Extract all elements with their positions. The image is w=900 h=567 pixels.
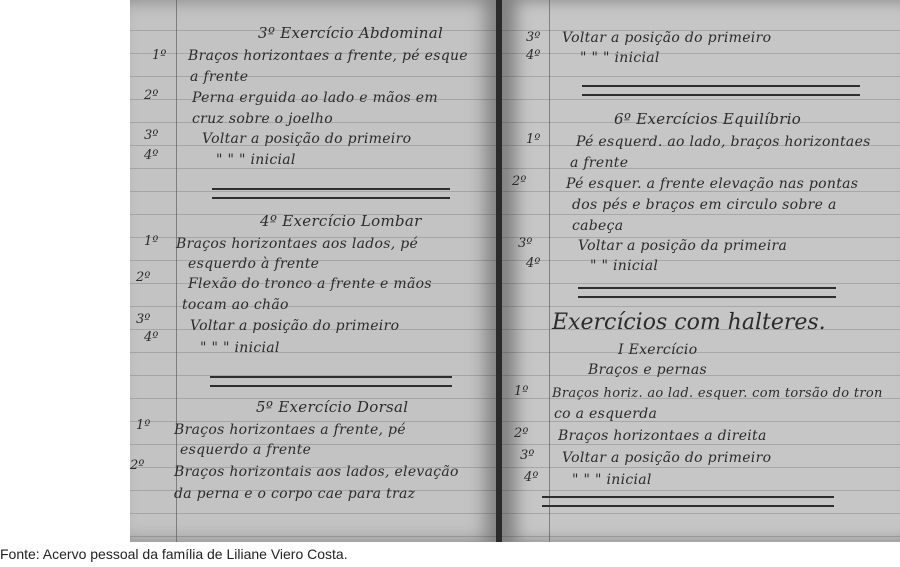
step-text: Voltar a posição do primeiro [562,450,771,466]
step-number: 3º [144,128,158,143]
step-text: Braços horizontaes a frente, pé esque [188,48,468,64]
step-number: 1º [514,384,528,399]
step-text: Braços horizontaes aos lados, pé [176,236,418,252]
figure-caption: Fonte: Acervo pessoal da família de Lili… [0,546,348,562]
step-text: Voltar a posição da primeira [578,238,787,254]
step-text: Braços horizontaes a frente, pé [174,422,406,438]
step-number: 4º [524,470,538,485]
step-text: da perna e o corpo cae para traz [174,486,415,502]
section-divider [210,376,452,387]
margin-line [176,0,177,542]
step-text: co a esquerda [554,406,657,422]
step-text: Pé esquerd. ao lado, braços horizontaes [576,134,871,150]
step-number: 4º [526,256,540,271]
step-text: Flexão do tronco a frente e mãos [188,276,432,292]
step-text: " " " inicial [200,340,280,356]
exercise-6-title: 6º Exercícios Equilíbrio [614,110,801,128]
left-page: 3º Exercício Abdominal 1º Braços horizon… [130,0,498,542]
step-text: Pé esquer. a frente elevação nas pontas [566,176,858,192]
step-text: Voltar a posição do primeiro [562,30,771,46]
step-text: Perna erguida ao lado e mãos em [192,90,438,106]
exercise-5-title: 5º Exercício Dorsal [256,398,408,416]
exercise-3-title: 3º Exercício Abdominal [258,24,443,42]
section-divider [542,496,834,507]
step-number: 2º [136,270,150,285]
step-text: dos pés e braços em circulo sobre a [572,197,837,213]
step-text: cabeça [572,218,623,234]
step-number: 4º [144,148,158,163]
step-text: esquerdo a frente [180,442,311,458]
step-text: esquerdo à frente [188,256,319,272]
step-text: Voltar a posição do primeiro [202,131,411,147]
step-text: Voltar a posição do primeiro [190,318,399,334]
step-text: a frente [570,155,628,171]
step-number: 1º [136,418,150,433]
halteres-subtitle: I Exercício [618,342,697,358]
step-number: 1º [144,234,158,249]
step-number: 1º [152,48,166,63]
step-text: " " " inicial [572,472,652,488]
step-number: 3º [526,30,540,45]
step-text: " " " inicial [580,50,660,66]
notebook-photo: 3º Exercício Abdominal 1º Braços horizon… [130,0,900,542]
step-number: 4º [526,48,540,63]
right-page: 3º Voltar a posição do primeiro 4º " " "… [502,0,900,542]
step-text: Braços horizontais aos lados, elevação [174,464,459,480]
step-text: tocam ao chão [182,297,289,313]
margin-line [549,0,550,542]
section-divider [212,188,450,199]
step-text: Braços horizontaes a direita [558,428,767,444]
halteres-group: Braços e pernas [588,362,707,378]
step-text: cruz sobre o joelho [192,111,333,127]
step-number: 3º [518,236,532,251]
step-number: 4º [144,330,158,345]
section-divider [578,287,836,298]
section-divider [582,85,860,96]
step-text: Braços horiz. ao lad. esquer. com torsão… [552,386,883,401]
halteres-heading: Exercícios com halteres. [552,310,826,335]
step-number: 1º [526,132,540,147]
step-number: 2º [144,88,158,103]
step-number: 3º [520,448,534,463]
step-number: 2º [514,426,528,441]
step-text: " " " inicial [216,152,296,168]
step-number: 2º [512,174,526,189]
exercise-4-title: 4º Exercício Lombar [260,212,422,230]
step-text: a frente [190,69,248,85]
step-text: " " inicial [590,258,658,274]
step-number: 3º [136,312,150,327]
step-number: 2º [130,458,144,473]
